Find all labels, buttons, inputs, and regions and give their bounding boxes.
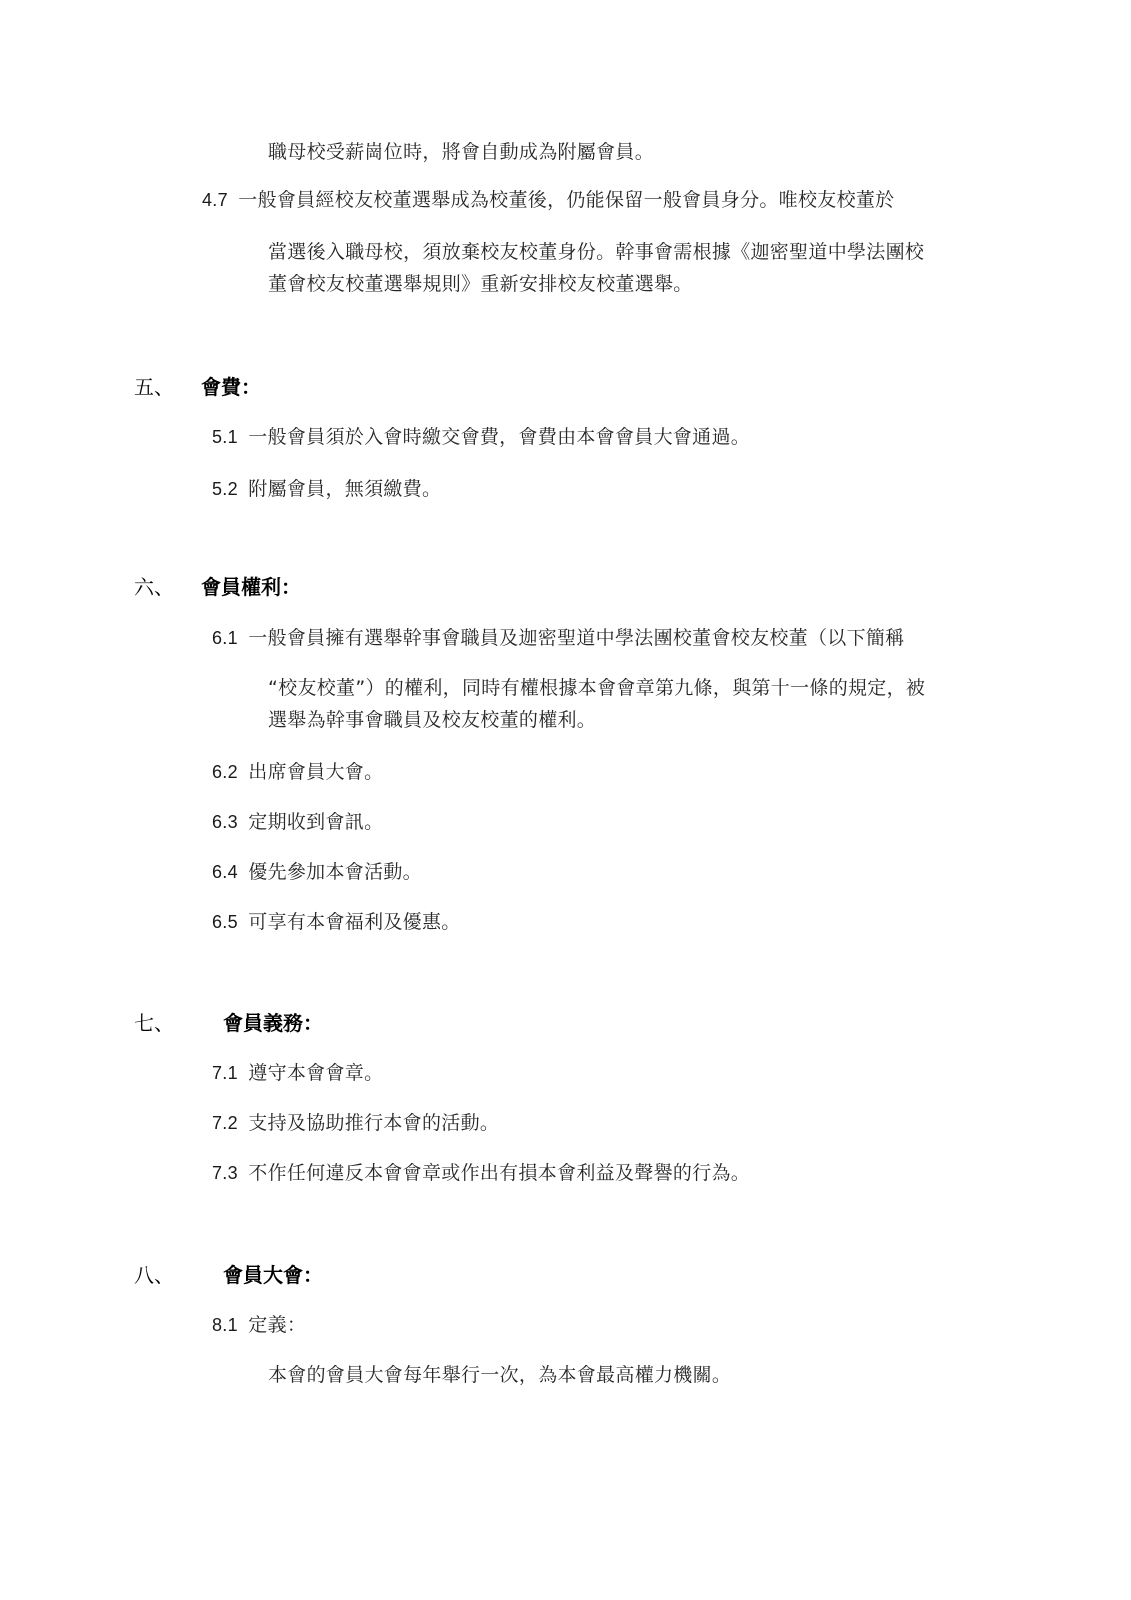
clause-text: 出席會員大會。 <box>248 761 383 783</box>
clause-4-7: 4.7 一般會員經校友校董選舉成為校董後，仍能保留一般會員身分。唯校友校董於 <box>202 188 894 212</box>
clause-6-2: 6.2 出席會員大會。 <box>212 760 383 784</box>
clause-number: 6.5 <box>212 912 238 932</box>
clause-number: 5.2 <box>212 479 238 499</box>
clause-6-3: 6.3 定期收到會訊。 <box>212 810 383 834</box>
clause-text: 定義： <box>248 1314 306 1336</box>
clause-6-1-line-3: 選舉為幹事會職員及校友校董的權利。 <box>268 708 596 732</box>
clause-number: 6.1 <box>212 628 238 648</box>
clause-text: 優先參加本會活動。 <box>248 861 422 883</box>
clause-5-1: 5.1 一般會員須於入會時繳交會費，會費由本會會員大會通過。 <box>212 425 750 449</box>
clause-6-1-line-2: “校友校董”）的權利，同時有權根據本會會章第九條，與第十一條的規定，被 <box>268 676 925 700</box>
clause-7-3: 7.3 不作任何違反本會會章或作出有損本會利益及聲譽的行為。 <box>212 1161 750 1185</box>
section-number: 六、 <box>134 574 174 600</box>
section-title: 會費： <box>201 374 261 400</box>
clause-8-1: 8.1 定義： <box>212 1313 306 1337</box>
clause-text: 遵守本會會章。 <box>248 1062 383 1084</box>
section-number: 七、 <box>134 1010 174 1036</box>
clause-text: 定期收到會訊。 <box>248 811 383 833</box>
clause-number: 6.3 <box>212 812 238 832</box>
clause-4-7-line-2: 當選後入職母校，須放棄校友校董身份。幹事會需根據《迦密聖道中學法團校 <box>268 240 924 264</box>
section-title: 會員權利： <box>201 574 301 600</box>
clause-number: 7.1 <box>212 1063 238 1083</box>
clause-text: 可享有本會福利及優惠。 <box>248 911 460 933</box>
clause-4-7-line-3: 董會校友校董選舉規則》重新安排校友校董選舉。 <box>268 272 693 296</box>
paragraph-line: 職母校受薪崗位時，將會自動成為附屬會員。 <box>268 140 654 164</box>
clause-5-2: 5.2 附屬會員，無須繳費。 <box>212 477 441 501</box>
clause-text: 一般會員擁有選舉幹事會職員及迦密聖道中學法團校董會校友校董（以下簡稱 <box>248 627 904 649</box>
clause-6-5: 6.5 可享有本會福利及優惠。 <box>212 910 461 934</box>
section-title: 會員義務： <box>223 1010 323 1036</box>
clause-number: 4.7 <box>202 190 228 210</box>
clause-number: 8.1 <box>212 1315 238 1335</box>
clause-7-2: 7.2 支持及協助推行本會的活動。 <box>212 1111 499 1135</box>
clause-text: 支持及協助推行本會的活動。 <box>248 1112 499 1134</box>
section-heading-8: 八、 會員大會： <box>134 1262 174 1288</box>
section-number: 八、 <box>134 1262 174 1288</box>
clause-number: 5.1 <box>212 427 238 447</box>
section-heading-6: 六、 會員權利： <box>134 574 174 600</box>
clause-number: 7.3 <box>212 1163 238 1183</box>
section-title: 會員大會： <box>223 1262 323 1288</box>
clause-number: 6.2 <box>212 762 238 782</box>
clause-8-1-definition: 本會的會員大會每年舉行一次，為本會最高權力機關。 <box>268 1363 731 1387</box>
clause-number: 7.2 <box>212 1113 238 1133</box>
section-heading-7: 七、 會員義務： <box>134 1010 174 1036</box>
clause-6-4: 6.4 優先參加本會活動。 <box>212 860 422 884</box>
clause-text: 一般會員經校友校董選舉成為校董後，仍能保留一般會員身分。唯校友校董於 <box>238 189 894 211</box>
clause-number: 6.4 <box>212 862 238 882</box>
clause-text: 一般會員須於入會時繳交會費，會費由本會會員大會通過。 <box>248 426 750 448</box>
section-number: 五、 <box>134 374 174 400</box>
clause-text: 附屬會員，無須繳費。 <box>248 478 441 500</box>
section-heading-5: 五、 會費： <box>134 374 174 400</box>
clause-7-1: 7.1 遵守本會會章。 <box>212 1061 383 1085</box>
clause-6-1: 6.1 一般會員擁有選舉幹事會職員及迦密聖道中學法團校董會校友校董（以下簡稱 <box>212 626 904 650</box>
clause-text: 不作任何違反本會會章或作出有損本會利益及聲譽的行為。 <box>248 1162 750 1184</box>
